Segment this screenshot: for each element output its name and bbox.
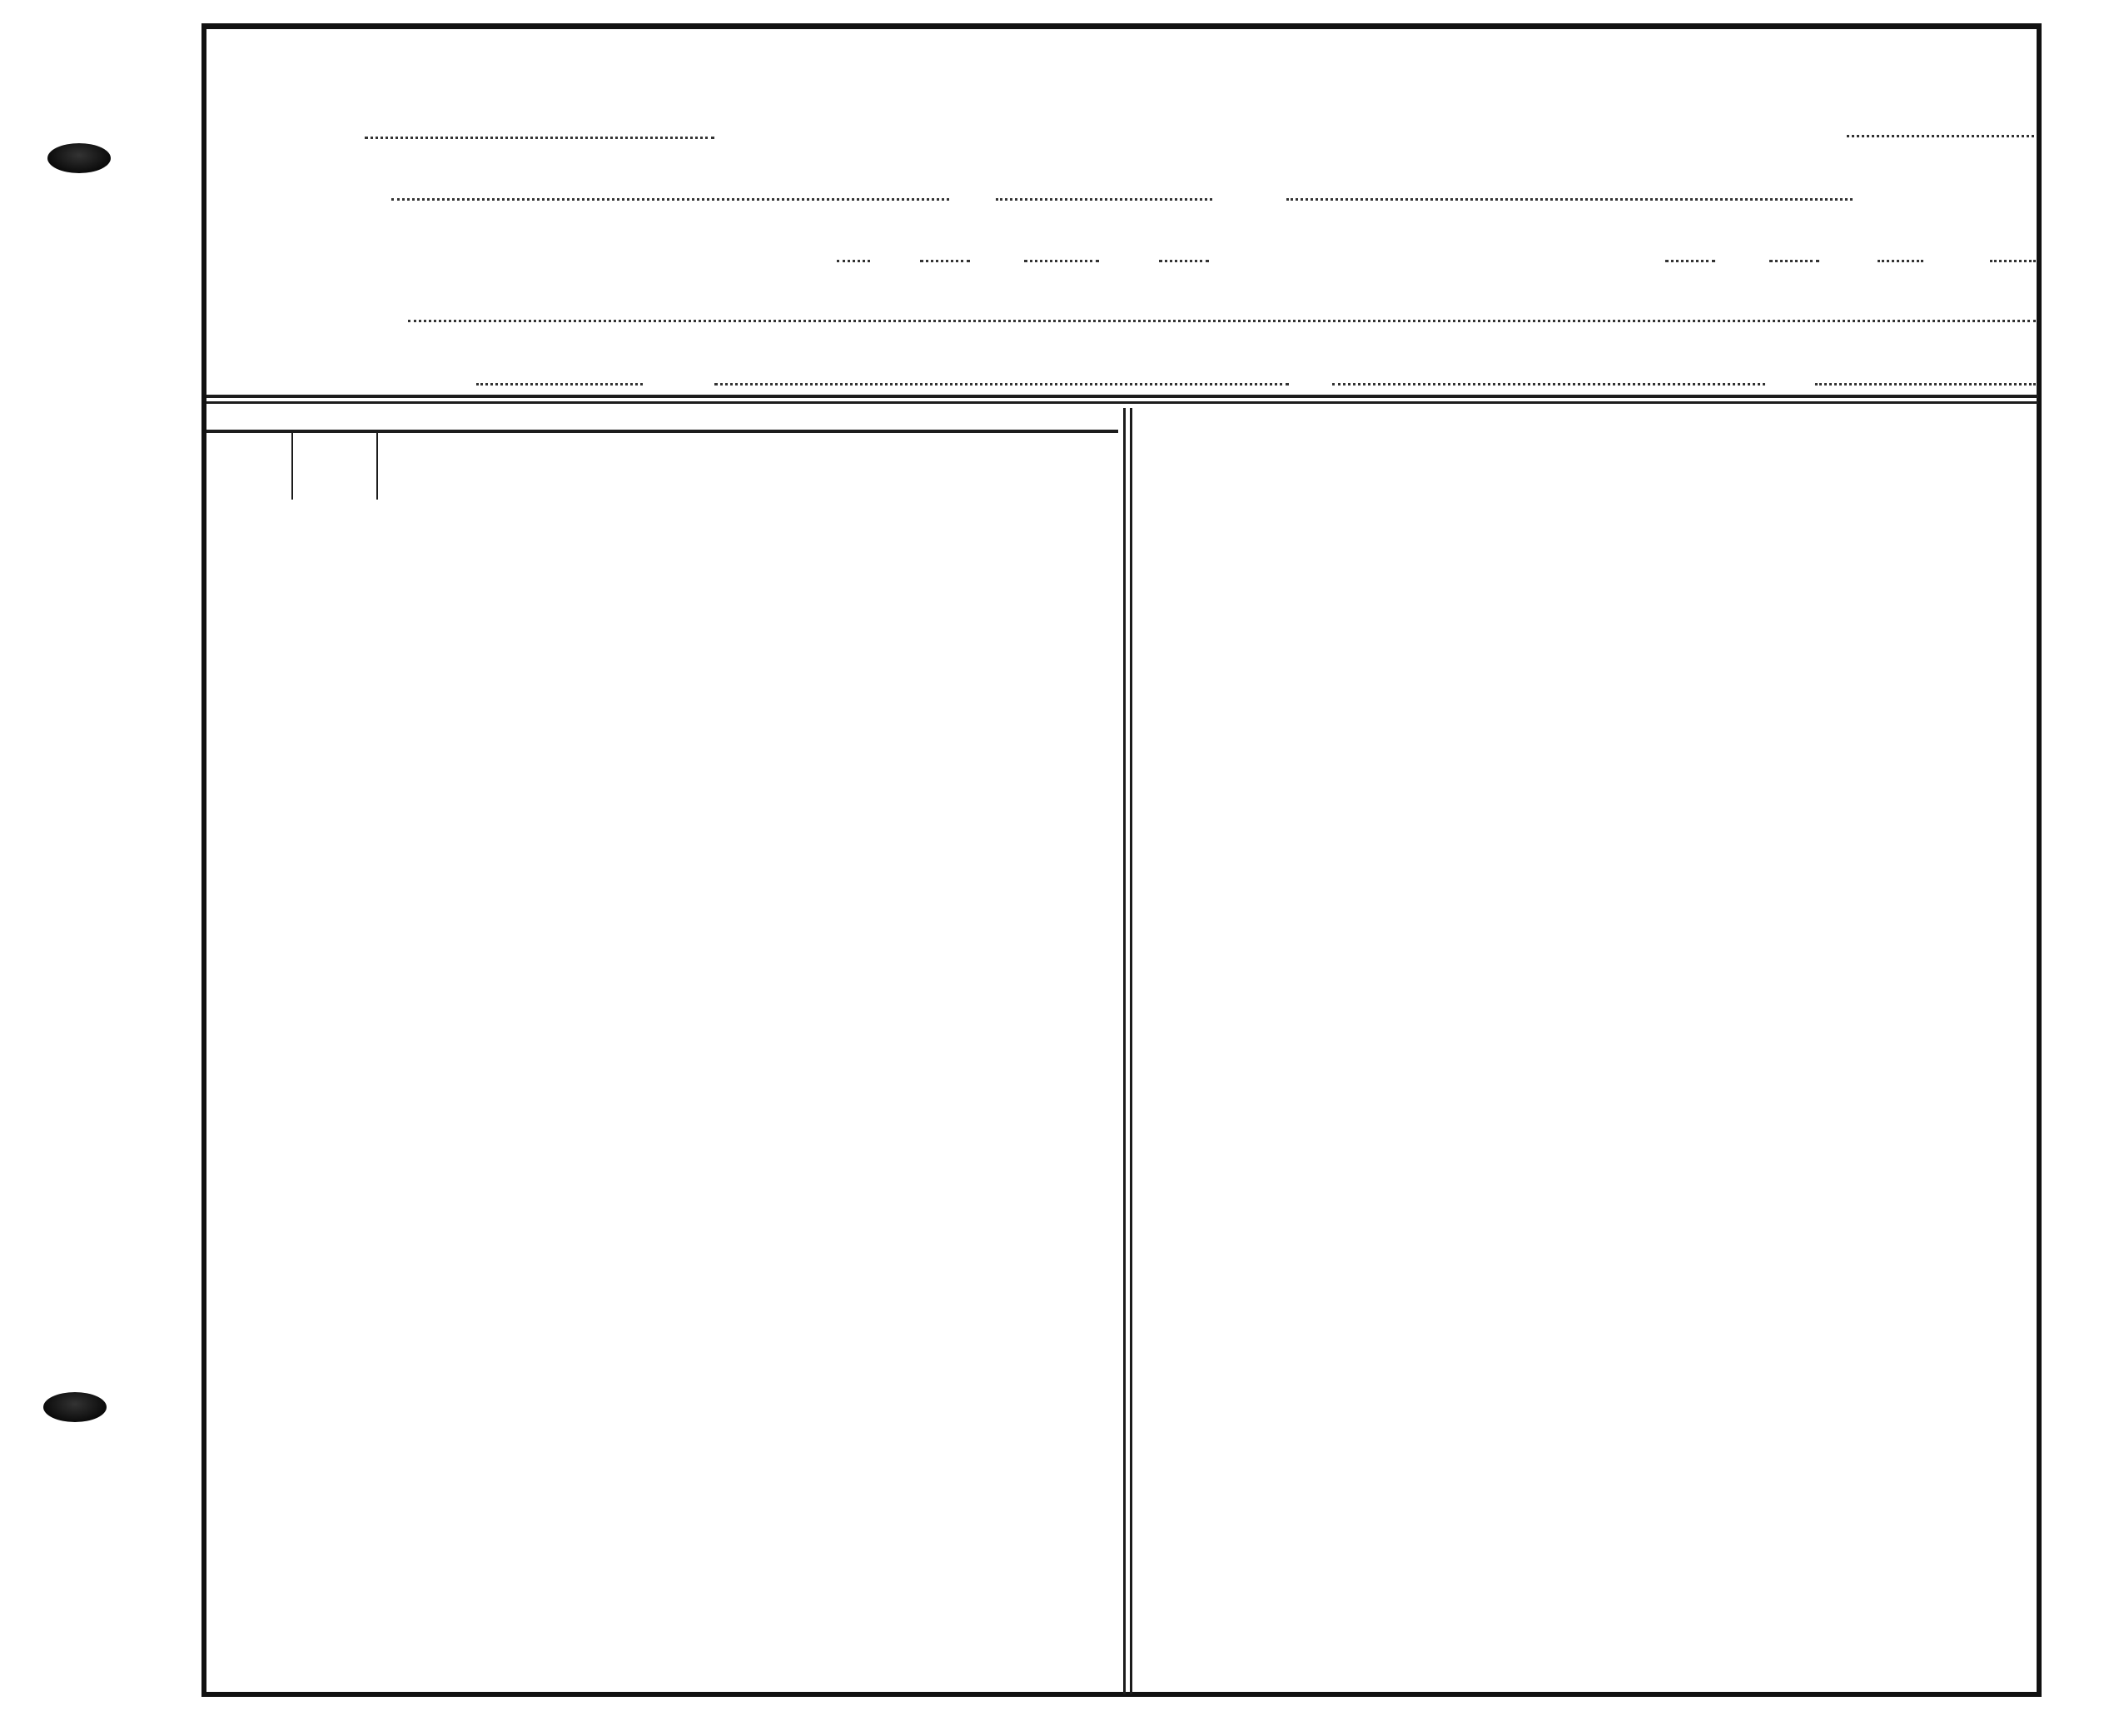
- column-divider: [1123, 408, 1126, 1694]
- certificate-frame: [201, 23, 2042, 1697]
- binder-hole-top: [47, 143, 111, 173]
- binder-hole-bottom: [43, 1392, 107, 1422]
